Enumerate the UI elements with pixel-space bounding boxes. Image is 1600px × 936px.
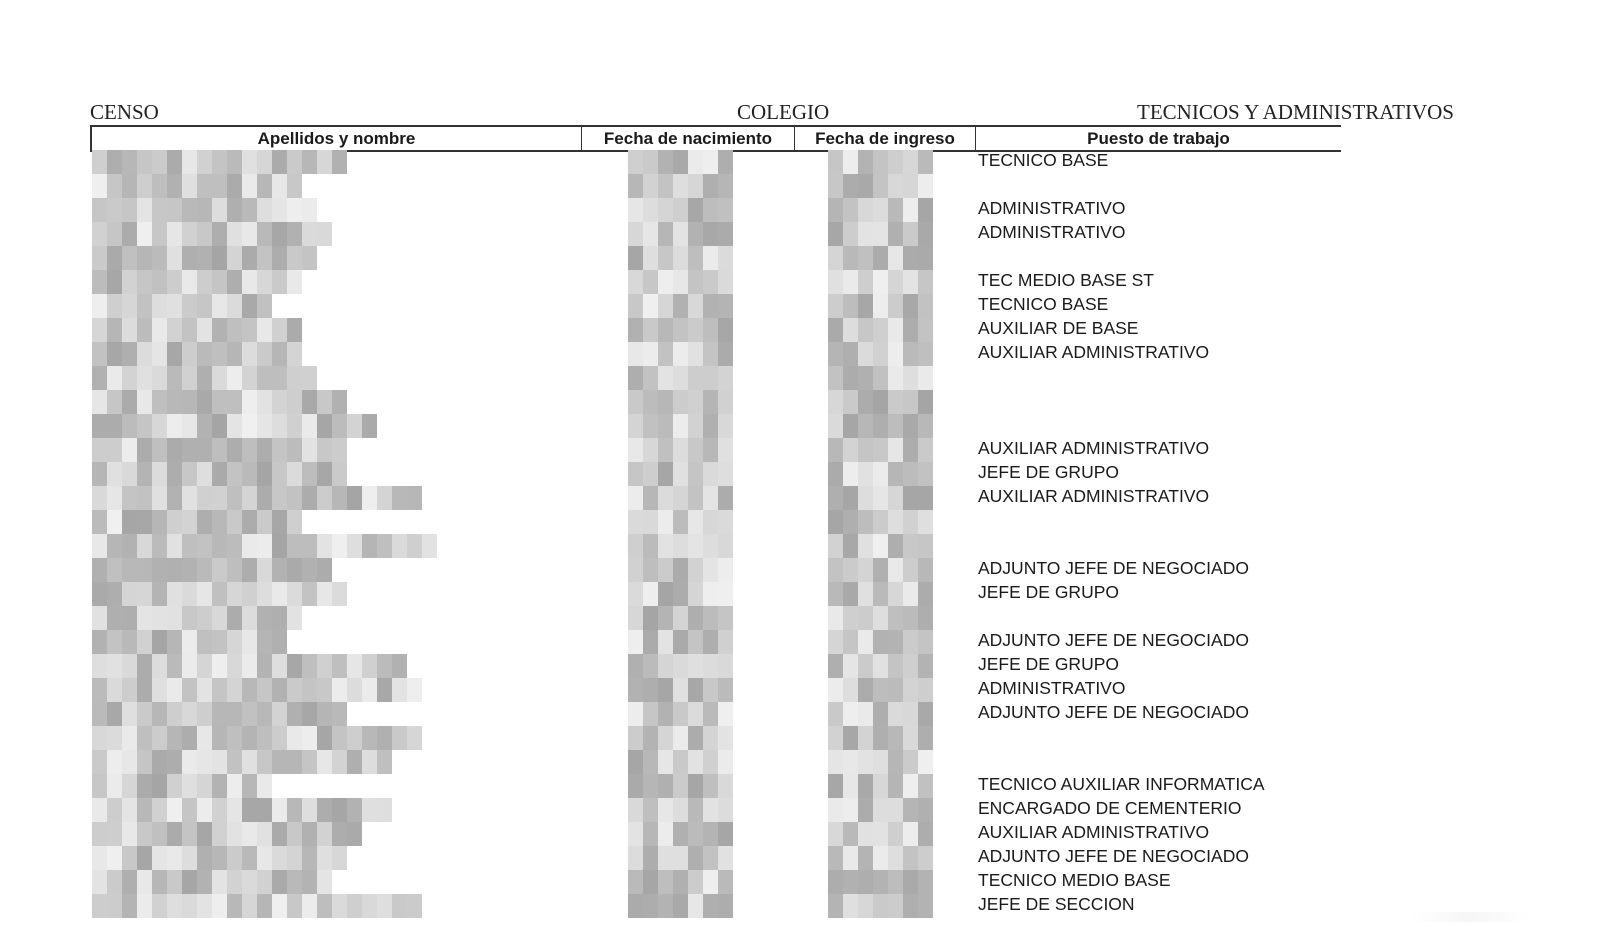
redacted-birth-date	[628, 150, 733, 174]
table-row: JEFE DE SECCION	[0, 894, 1600, 918]
redacted-entry-date	[828, 462, 933, 486]
redacted-birth-date	[628, 462, 733, 486]
redacted-birth-date	[628, 486, 733, 510]
column-header-birth-date: Fecha de nacimiento	[582, 127, 795, 150]
redacted-birth-date	[628, 438, 733, 462]
redacted-birth-date	[628, 822, 733, 846]
redacted-name	[92, 726, 422, 750]
document-title-category: TECNICOS Y ADMINISTRATIVOS	[1137, 100, 1454, 124]
redacted-birth-date	[628, 726, 733, 750]
redacted-entry-date	[828, 294, 933, 318]
table-row: AUXILIAR ADMINISTRATIVO	[0, 486, 1600, 510]
job-position: AUXILIAR ADMINISTRATIVO	[978, 342, 1209, 366]
job-position: TECNICO BASE	[978, 294, 1108, 318]
table-row: JEFE DE GRUPO	[0, 654, 1600, 678]
redacted-entry-date	[828, 630, 933, 654]
redacted-name	[92, 198, 317, 222]
redacted-entry-date	[828, 870, 933, 894]
table-row: TEC MEDIO BASE ST	[0, 270, 1600, 294]
table-row: JEFE DE GRUPO	[0, 582, 1600, 606]
redacted-name	[92, 414, 377, 438]
redacted-entry-date	[828, 222, 933, 246]
redacted-name	[92, 702, 347, 726]
table-row	[0, 750, 1600, 774]
redacted-name	[92, 678, 422, 702]
redacted-birth-date	[628, 246, 733, 270]
job-position: ENCARGADO DE CEMENTERIO	[978, 798, 1242, 822]
table-row: AUXILIAR DE BASE	[0, 318, 1600, 342]
redacted-birth-date	[628, 294, 733, 318]
redacted-birth-date	[628, 774, 733, 798]
table-row: ADMINISTRATIVO	[0, 198, 1600, 222]
redacted-entry-date	[828, 558, 933, 582]
redacted-birth-date	[628, 702, 733, 726]
table-row	[0, 534, 1600, 558]
job-position: ADMINISTRATIVO	[978, 222, 1125, 246]
table-row	[0, 390, 1600, 414]
redacted-name	[92, 270, 302, 294]
job-position: TEC MEDIO BASE ST	[978, 270, 1154, 294]
redacted-birth-date	[628, 894, 733, 918]
job-position: TECNICO AUXILIAR INFORMATICA	[978, 774, 1265, 798]
redacted-name	[92, 174, 302, 198]
table-row	[0, 174, 1600, 198]
redacted-entry-date	[828, 798, 933, 822]
redacted-entry-date	[828, 318, 933, 342]
table-row	[0, 366, 1600, 390]
redacted-entry-date	[828, 750, 933, 774]
table-row: ADJUNTO JEFE DE NEGOCIADO	[0, 558, 1600, 582]
redacted-name	[92, 870, 332, 894]
redacted-entry-date	[828, 606, 933, 630]
table-row: JEFE DE GRUPO	[0, 462, 1600, 486]
redacted-entry-date	[828, 774, 933, 798]
job-position: JEFE DE GRUPO	[978, 462, 1119, 486]
job-position: JEFE DE GRUPO	[978, 582, 1119, 606]
redacted-entry-date	[828, 534, 933, 558]
table-row: TECNICO AUXILIAR INFORMATICA	[0, 774, 1600, 798]
faint-watermark	[1410, 912, 1530, 922]
redacted-name	[92, 390, 347, 414]
redacted-birth-date	[628, 318, 733, 342]
table-row: ADJUNTO JEFE DE NEGOCIADO	[0, 630, 1600, 654]
redacted-entry-date	[828, 342, 933, 366]
redacted-entry-date	[828, 846, 933, 870]
redacted-name	[92, 486, 422, 510]
redacted-entry-date	[828, 414, 933, 438]
redacted-name	[92, 558, 332, 582]
redacted-name	[92, 894, 422, 918]
table-row: AUXILIAR ADMINISTRATIVO	[0, 342, 1600, 366]
redacted-birth-date	[628, 678, 733, 702]
redacted-name	[92, 246, 317, 270]
redacted-birth-date	[628, 174, 733, 198]
redacted-entry-date	[828, 582, 933, 606]
redacted-name	[92, 750, 392, 774]
redacted-birth-date	[628, 606, 733, 630]
table-row: ADJUNTO JEFE DE NEGOCIADO	[0, 702, 1600, 726]
job-position: ADJUNTO JEFE DE NEGOCIADO	[978, 630, 1249, 654]
table-row	[0, 726, 1600, 750]
job-position: ADJUNTO JEFE DE NEGOCIADO	[978, 558, 1249, 582]
job-position: ADMINISTRATIVO	[978, 678, 1125, 702]
table-header: Apellidos y nombre Fecha de nacimiento F…	[90, 125, 1341, 152]
redacted-name	[92, 462, 347, 486]
job-position: ADMINISTRATIVO	[978, 198, 1125, 222]
redacted-entry-date	[828, 702, 933, 726]
redacted-birth-date	[628, 270, 733, 294]
table-row	[0, 414, 1600, 438]
redacted-birth-date	[628, 750, 733, 774]
redacted-entry-date	[828, 438, 933, 462]
redacted-birth-date	[628, 414, 733, 438]
redacted-birth-date	[628, 870, 733, 894]
redacted-birth-date	[628, 222, 733, 246]
redacted-birth-date	[628, 558, 733, 582]
redacted-name	[92, 318, 302, 342]
redacted-entry-date	[828, 366, 933, 390]
redacted-entry-date	[828, 198, 933, 222]
redacted-name	[92, 654, 407, 678]
redacted-name	[92, 438, 347, 462]
redacted-name	[92, 774, 272, 798]
redacted-birth-date	[628, 798, 733, 822]
redacted-entry-date	[828, 822, 933, 846]
table-row: AUXILIAR ADMINISTRATIVO	[0, 822, 1600, 846]
redacted-entry-date	[828, 486, 933, 510]
redacted-name	[92, 534, 437, 558]
redacted-birth-date	[628, 366, 733, 390]
column-header-entry-date: Fecha de ingreso	[795, 127, 976, 150]
table-row	[0, 510, 1600, 534]
redacted-birth-date	[628, 846, 733, 870]
redacted-birth-date	[628, 534, 733, 558]
redacted-birth-date	[628, 510, 733, 534]
redacted-birth-date	[628, 654, 733, 678]
redacted-name	[92, 846, 347, 870]
job-position: AUXILIAR ADMINISTRATIVO	[978, 486, 1209, 510]
column-header-name: Apellidos y nombre	[90, 127, 582, 150]
table-row: ADJUNTO JEFE DE NEGOCIADO	[0, 846, 1600, 870]
job-position: AUXILIAR DE BASE	[978, 318, 1138, 342]
table-row	[0, 606, 1600, 630]
redacted-name	[92, 294, 272, 318]
job-position: JEFE DE SECCION	[978, 894, 1135, 918]
job-position: TECNICO MEDIO BASE	[978, 870, 1171, 894]
redacted-birth-date	[628, 198, 733, 222]
column-header-job-position: Puesto de trabajo	[976, 127, 1341, 150]
redacted-name	[92, 606, 302, 630]
redacted-name	[92, 150, 347, 174]
table-row: TECNICO BASE	[0, 294, 1600, 318]
table-row: ADMINISTRATIVO	[0, 678, 1600, 702]
redacted-name	[92, 222, 332, 246]
redacted-birth-date	[628, 582, 733, 606]
document-title-colegio: COLEGIO	[737, 100, 829, 124]
redacted-entry-date	[828, 654, 933, 678]
redacted-birth-date	[628, 630, 733, 654]
job-position: TECNICO BASE	[978, 150, 1108, 174]
job-position: AUXILIAR ADMINISTRATIVO	[978, 822, 1209, 846]
document-title-censo: CENSO	[90, 100, 159, 124]
redacted-name	[92, 366, 317, 390]
table-row	[0, 246, 1600, 270]
redacted-name	[92, 510, 302, 534]
redacted-name	[92, 630, 287, 654]
redacted-birth-date	[628, 390, 733, 414]
redacted-birth-date	[628, 342, 733, 366]
job-position: ADJUNTO JEFE DE NEGOCIADO	[978, 702, 1249, 726]
redacted-entry-date	[828, 894, 933, 918]
redacted-name	[92, 822, 362, 846]
table-row: ENCARGADO DE CEMENTERIO	[0, 798, 1600, 822]
redacted-entry-date	[828, 270, 933, 294]
redacted-name	[92, 582, 347, 606]
redacted-entry-date	[828, 174, 933, 198]
redacted-entry-date	[828, 390, 933, 414]
job-position: ADJUNTO JEFE DE NEGOCIADO	[978, 846, 1249, 870]
table-row: ADMINISTRATIVO	[0, 222, 1600, 246]
job-position: JEFE DE GRUPO	[978, 654, 1119, 678]
redacted-entry-date	[828, 150, 933, 174]
redacted-entry-date	[828, 678, 933, 702]
redacted-name	[92, 342, 302, 366]
table-row: TECNICO MEDIO BASE	[0, 870, 1600, 894]
redacted-entry-date	[828, 510, 933, 534]
redacted-entry-date	[828, 246, 933, 270]
table-row: AUXILIAR ADMINISTRATIVO	[0, 438, 1600, 462]
redacted-name	[92, 798, 392, 822]
table-row: TECNICO BASE	[0, 150, 1600, 174]
job-position: AUXILIAR ADMINISTRATIVO	[978, 438, 1209, 462]
redacted-entry-date	[828, 726, 933, 750]
